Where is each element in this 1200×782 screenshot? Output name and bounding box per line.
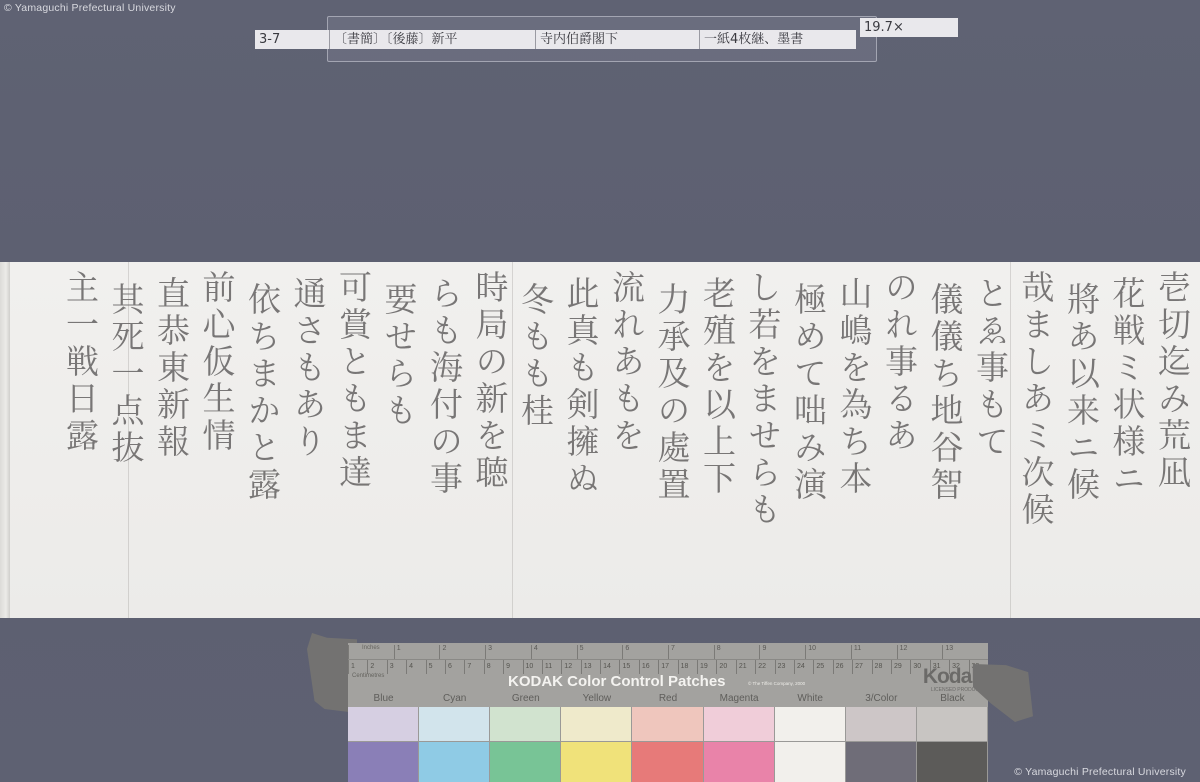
cm-tick: 4	[406, 660, 425, 674]
inch-tick: 10	[805, 645, 851, 659]
cm-tick: 22	[755, 660, 774, 674]
inch-tick: 9	[759, 645, 805, 659]
inch-tick: 11	[851, 645, 897, 659]
catalog-label: 3-7 〔書簡〕〔後藤〕新平 寺内伯爵閣下 一紙4枚継、墨書	[255, 30, 856, 49]
calligraphy-column: 通さもあり	[286, 276, 330, 461]
copyright-bottom: © Yamaguchi Prefectural University	[1014, 766, 1186, 778]
calligraphy-column: し若をませらも	[741, 270, 785, 529]
cm-tick: 16	[639, 660, 658, 674]
calligraphy-column: 主一戦日露	[58, 270, 102, 455]
kodak-color-target: 12345678910111213 1234567891011121314151…	[348, 643, 988, 782]
cm-tick: 2	[367, 660, 386, 674]
inch-tick: 12	[897, 645, 943, 659]
calligraphy-column: 花戦ミ状様ニ	[1105, 276, 1149, 498]
label-format: 一紙4枚継、墨書	[700, 30, 856, 49]
ruler: 12345678910111213 1234567891011121314151…	[348, 643, 988, 707]
cm-tick: 18	[678, 660, 697, 674]
inch-tick: 6	[622, 645, 668, 659]
label-dimension: 19.7×	[860, 18, 958, 37]
cm-tick: 13	[581, 660, 600, 674]
cm-tick: 11	[542, 660, 561, 674]
cm-tick: 12	[561, 660, 580, 674]
cm-tick: 10	[523, 660, 542, 674]
cm-tick: 20	[716, 660, 735, 674]
cm-tick: 1	[348, 660, 367, 674]
color-patch-white-light	[775, 707, 846, 742]
patch-name: White	[775, 693, 846, 704]
cm-ticks: 1234567891011121314151617181920212223242…	[348, 659, 988, 674]
inch-tick: 1	[394, 645, 440, 659]
color-patch-blue-light	[348, 707, 419, 742]
label-type-author: 〔書簡〕〔後藤〕新平	[330, 30, 536, 49]
color-patch-blue-dark	[348, 742, 419, 782]
calligraphy-column: 時局の新を聴	[468, 270, 512, 492]
calligraphy-column: 山嶋を為ち本	[832, 276, 876, 498]
calligraphy-column: 力承及の處置	[650, 282, 694, 504]
label-id: 3-7	[255, 30, 330, 49]
inch-tick: 2	[439, 645, 485, 659]
color-patch-3-color-light	[846, 707, 917, 742]
cm-tick: 5	[426, 660, 445, 674]
color-patch-white-dark	[775, 742, 846, 782]
patch-name: Cyan	[419, 693, 490, 704]
color-patch-magenta-light	[704, 707, 775, 742]
label-recipient: 寺内伯爵閣下	[536, 30, 700, 49]
cm-tick: 26	[833, 660, 852, 674]
inch-ticks: 12345678910111213	[348, 645, 988, 659]
color-patch-black-light	[917, 707, 988, 742]
color-patch-3-color-dark	[846, 742, 917, 782]
color-patch-red-dark	[632, 742, 703, 782]
calligraphy-column: らも海付の事	[422, 276, 466, 498]
color-patch-magenta-dark	[704, 742, 775, 782]
inch-tick: 7	[668, 645, 714, 659]
calligraphy-column: 此真も剣擁ぬ	[559, 276, 603, 498]
patch-name: Magenta	[704, 693, 775, 704]
inch-tick: 3	[485, 645, 531, 659]
patch-name: Green	[490, 693, 561, 704]
cm-tick: 6	[445, 660, 464, 674]
cm-tick: 8	[484, 660, 503, 674]
cm-label: Centimetres	[352, 673, 384, 679]
color-patch-yellow-light	[561, 707, 632, 742]
calligraphy-column: 其死一点抜	[104, 282, 148, 467]
copyright-top: © Yamaguchi Prefectural University	[4, 2, 176, 14]
inches-label: Inches	[362, 645, 380, 651]
calligraphy-column: 哉ましあミ次候	[1014, 270, 1058, 529]
calligraphy-letter-scroll: 壱切迄み荒凪花戦ミ状様ニ將あ以来ニ候哉ましあミ次候とゑ事もて儀儀ち地谷智のれ事る…	[0, 262, 1200, 618]
cm-tick: 21	[736, 660, 755, 674]
cm-tick: 29	[891, 660, 910, 674]
color-patch-green-light	[490, 707, 561, 742]
cm-tick: 14	[600, 660, 619, 674]
calligraphy-column: 極めて咄み演	[786, 282, 830, 504]
cm-tick: 7	[464, 660, 483, 674]
color-patch-cyan-light	[419, 707, 490, 742]
inch-tick: 5	[577, 645, 623, 659]
patch-name: Red	[632, 693, 703, 704]
cm-tick: 27	[852, 660, 871, 674]
archive-photo-stage: © Yamaguchi Prefectural University 3-7 〔…	[0, 0, 1200, 782]
calligraphy-column: 老殖を以上下	[695, 276, 739, 498]
calligraphy-column: 直恭東新報	[149, 276, 193, 461]
calligraphy-column: 可賞ともま達	[331, 270, 375, 492]
calligraphy-column: のれ事るあ	[877, 270, 921, 455]
cm-tick: 15	[619, 660, 638, 674]
color-patch-red-light	[632, 707, 703, 742]
calligraphy-column: 儀儀ち地谷智	[923, 282, 967, 504]
cm-tick: 25	[813, 660, 832, 674]
calligraphy-column: 流れあもを	[604, 270, 648, 455]
patch-name: 3/Color	[846, 693, 917, 704]
inch-tick: 13	[942, 645, 988, 659]
inch-tick: 4	[531, 645, 577, 659]
cm-tick: 28	[872, 660, 891, 674]
cm-tick: 17	[658, 660, 677, 674]
color-patch-cyan-dark	[419, 742, 490, 782]
patch-name: Yellow	[561, 693, 632, 704]
calligraphy-column: 前心仮生情	[195, 270, 239, 455]
color-patch-black-dark	[917, 742, 988, 782]
inch-tick: 8	[714, 645, 760, 659]
calligraphy-column: 冬もも桂	[513, 282, 557, 430]
cm-tick: 9	[503, 660, 522, 674]
color-patch-green-dark	[490, 742, 561, 782]
calligraphy-column: 將あ以来ニ候	[1059, 282, 1103, 504]
cm-tick: 3	[387, 660, 406, 674]
kodak-copyright: © The Tiffen Company, 2000	[748, 681, 805, 686]
cm-tick: 23	[775, 660, 794, 674]
cm-tick: 24	[794, 660, 813, 674]
color-patch-yellow-dark	[561, 742, 632, 782]
calligraphy-column: 要せらも	[377, 282, 421, 430]
patch-name: Black	[917, 693, 988, 704]
calligraphy-column: とゑ事もて	[968, 276, 1012, 461]
patch-name: Blue	[348, 693, 419, 704]
kodak-title: KODAK Color Control Patches	[508, 673, 726, 690]
calligraphy-column: 依ちまかと露	[240, 282, 284, 504]
calligraphy-column: 壱切迄み荒凪	[1150, 270, 1194, 492]
patch-names: BlueCyanGreenYellowRedMagentaWhite3/Colo…	[348, 693, 988, 704]
scroll-edge	[0, 262, 10, 618]
color-patches	[348, 707, 988, 782]
cm-tick: 19	[697, 660, 716, 674]
